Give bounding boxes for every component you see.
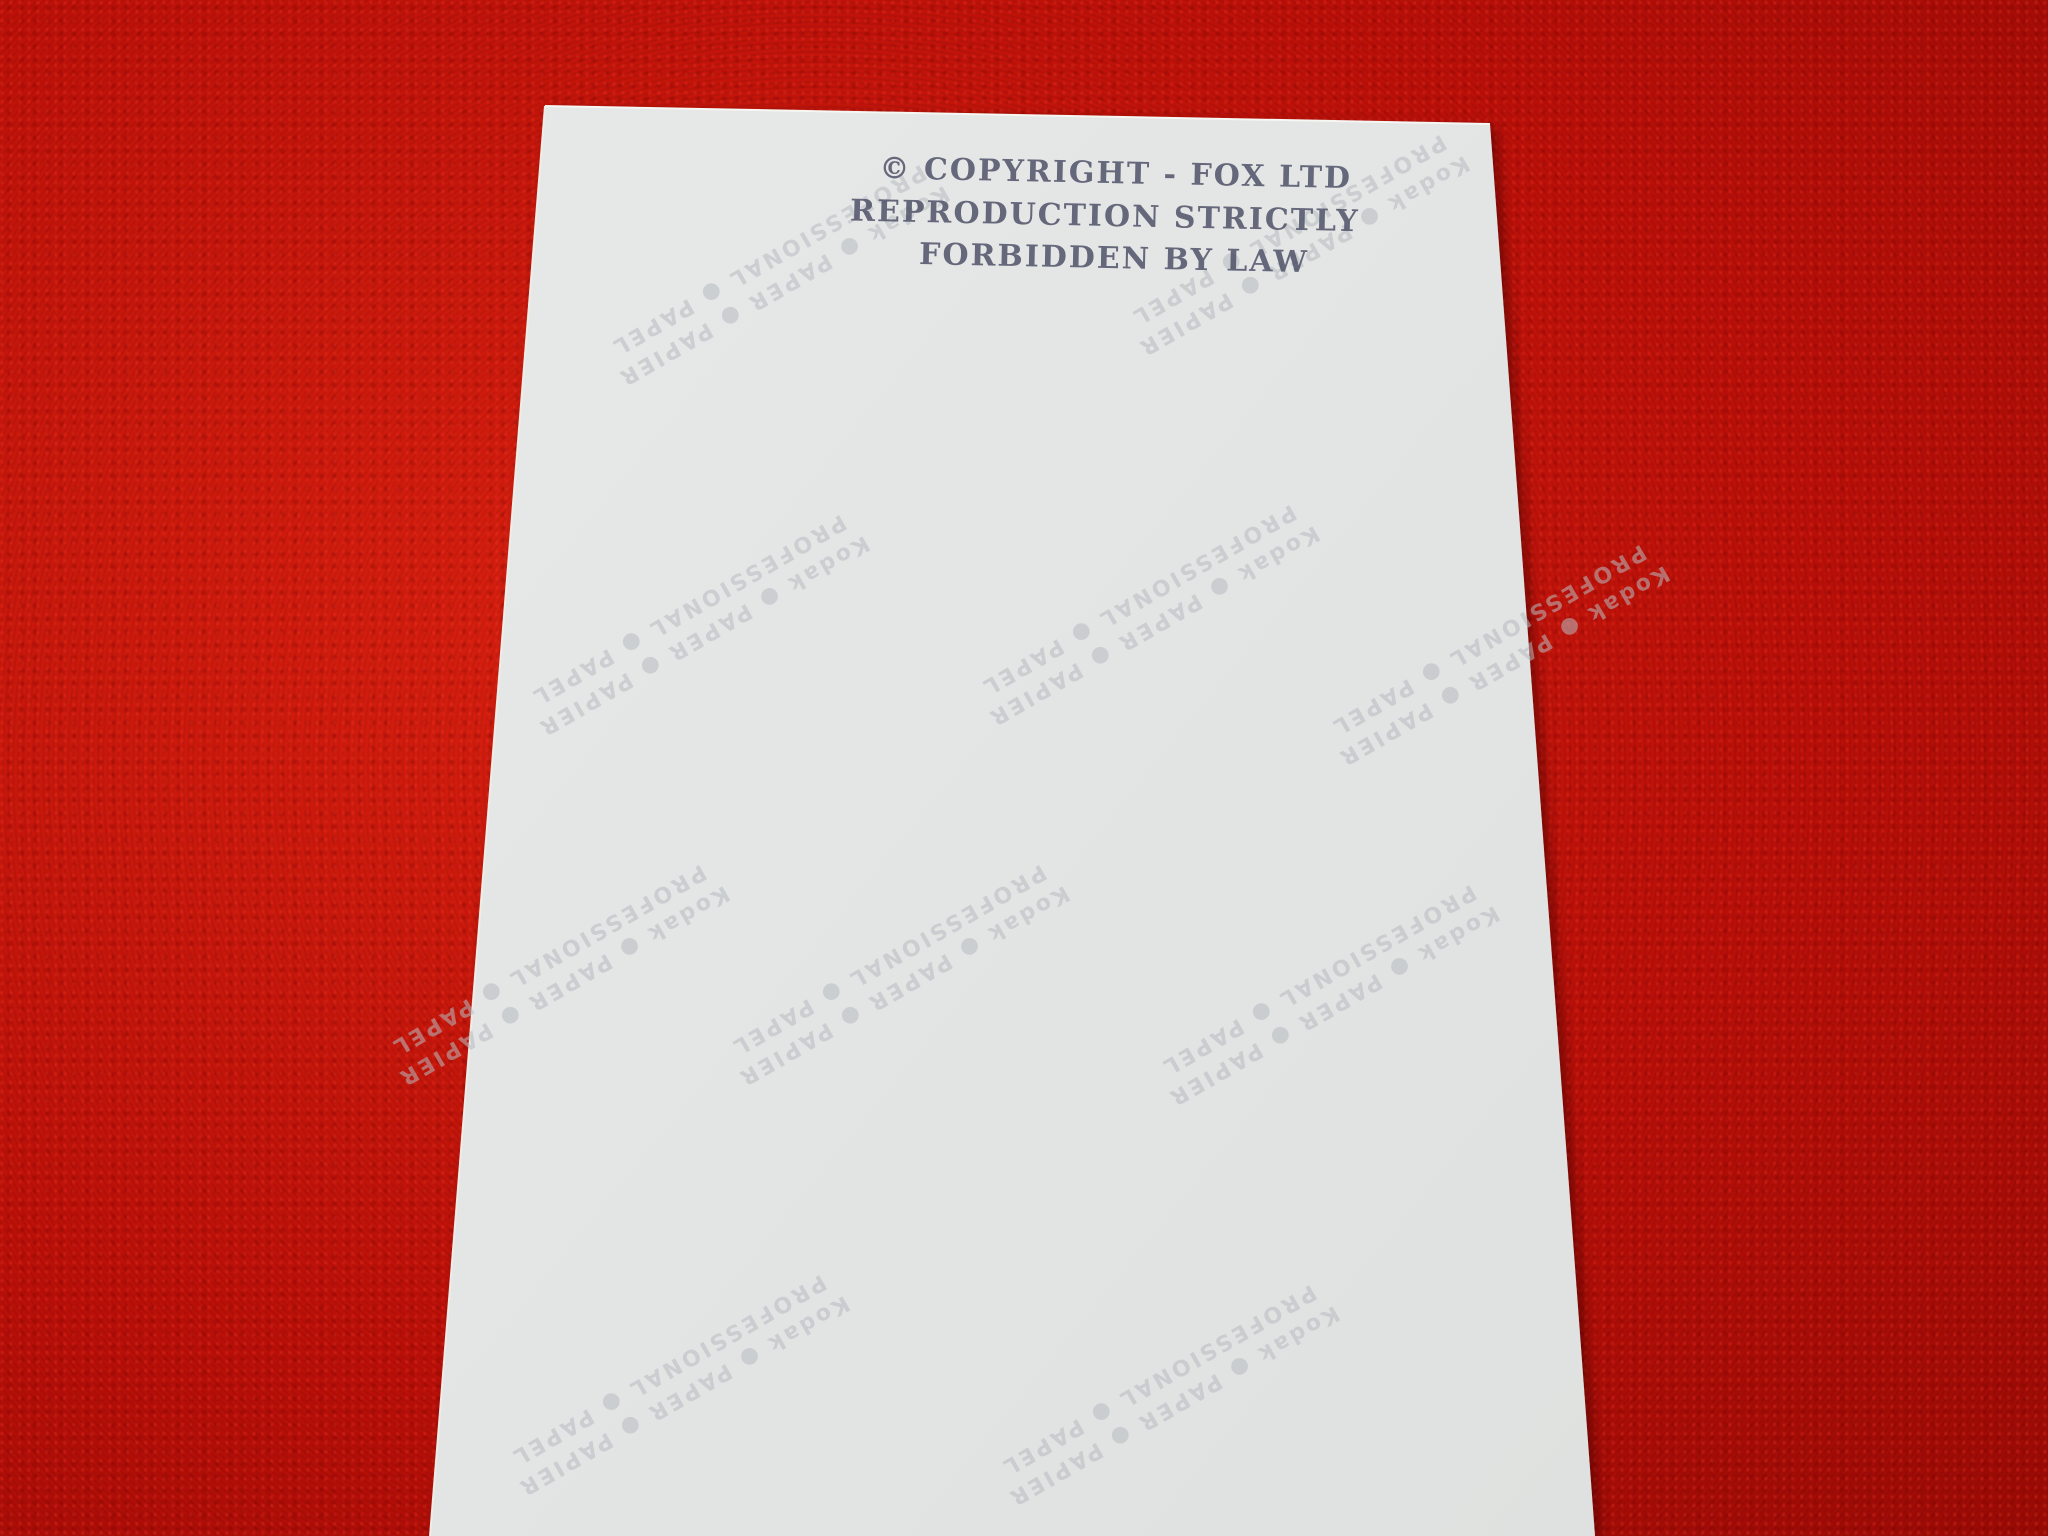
copyright-stamp: © COPYRIGHT - FOX LTD REPRODUCTION STRIC… bbox=[849, 151, 1361, 282]
photo-scene: Kodak ● PAPER ● PAPIERPROFESSIONAL ● PAP… bbox=[0, 0, 2048, 1536]
photo-card bbox=[430, 106, 1595, 1536]
